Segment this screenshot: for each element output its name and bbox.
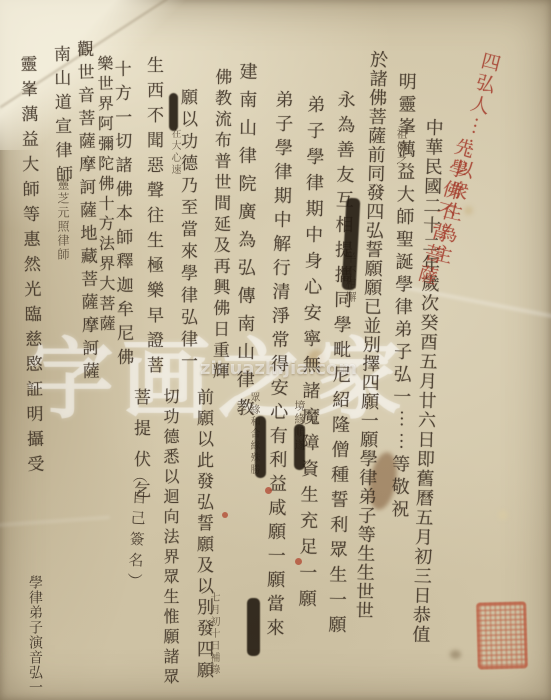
strikethrough-mark <box>169 93 178 131</box>
manuscript-column: 佛教流布普世間延及再興佛日重輝 <box>207 68 235 383</box>
red-punctuation-dot <box>295 558 302 565</box>
strikethrough-mark <box>294 424 305 470</box>
inline-annotation: 在大心速 <box>167 128 182 176</box>
manuscript-column: 建南山律院廣為弘傳南山律教 <box>231 62 260 426</box>
paper-spot <box>450 650 461 659</box>
manuscript-photo: 字画之家 zihuazhijia.com 中華民國二十二年歲次癸酉五月廿六日即舊… <box>0 0 551 700</box>
manuscript-column: 切功德悉以迴向法界眾生惟願諸眾 <box>158 388 181 688</box>
manuscript-column: 弟子學律期中身心安寧無諸魔障資生充足一願 <box>293 95 328 615</box>
strikethrough-mark <box>255 416 266 478</box>
signature-line: 學律弟子演音弘一 <box>24 575 44 695</box>
red-punctuation-dot <box>222 512 228 518</box>
signature-placeholder-note: （自己簽名） <box>123 468 151 595</box>
manuscript-column: 生西不聞惡聲往生極樂早證菩 <box>141 56 166 381</box>
inline-annotation: 靈芝元照律師 <box>55 178 72 262</box>
manuscript-column: 南山道宣律師 <box>48 45 76 189</box>
inline-annotation: 七月初十日補錄 <box>206 592 221 676</box>
manuscript-column: 弟子學律期中解行清淨常得安心有利益咸願一願當來 <box>261 90 297 642</box>
inline-annotation: 祖佛之 <box>393 128 409 167</box>
paper-crease <box>0 516 110 527</box>
red-punctuation-dot <box>265 487 272 494</box>
paper-spot <box>498 510 508 520</box>
red-seal-stamp <box>476 601 528 669</box>
strikethrough-mark <box>247 598 260 656</box>
